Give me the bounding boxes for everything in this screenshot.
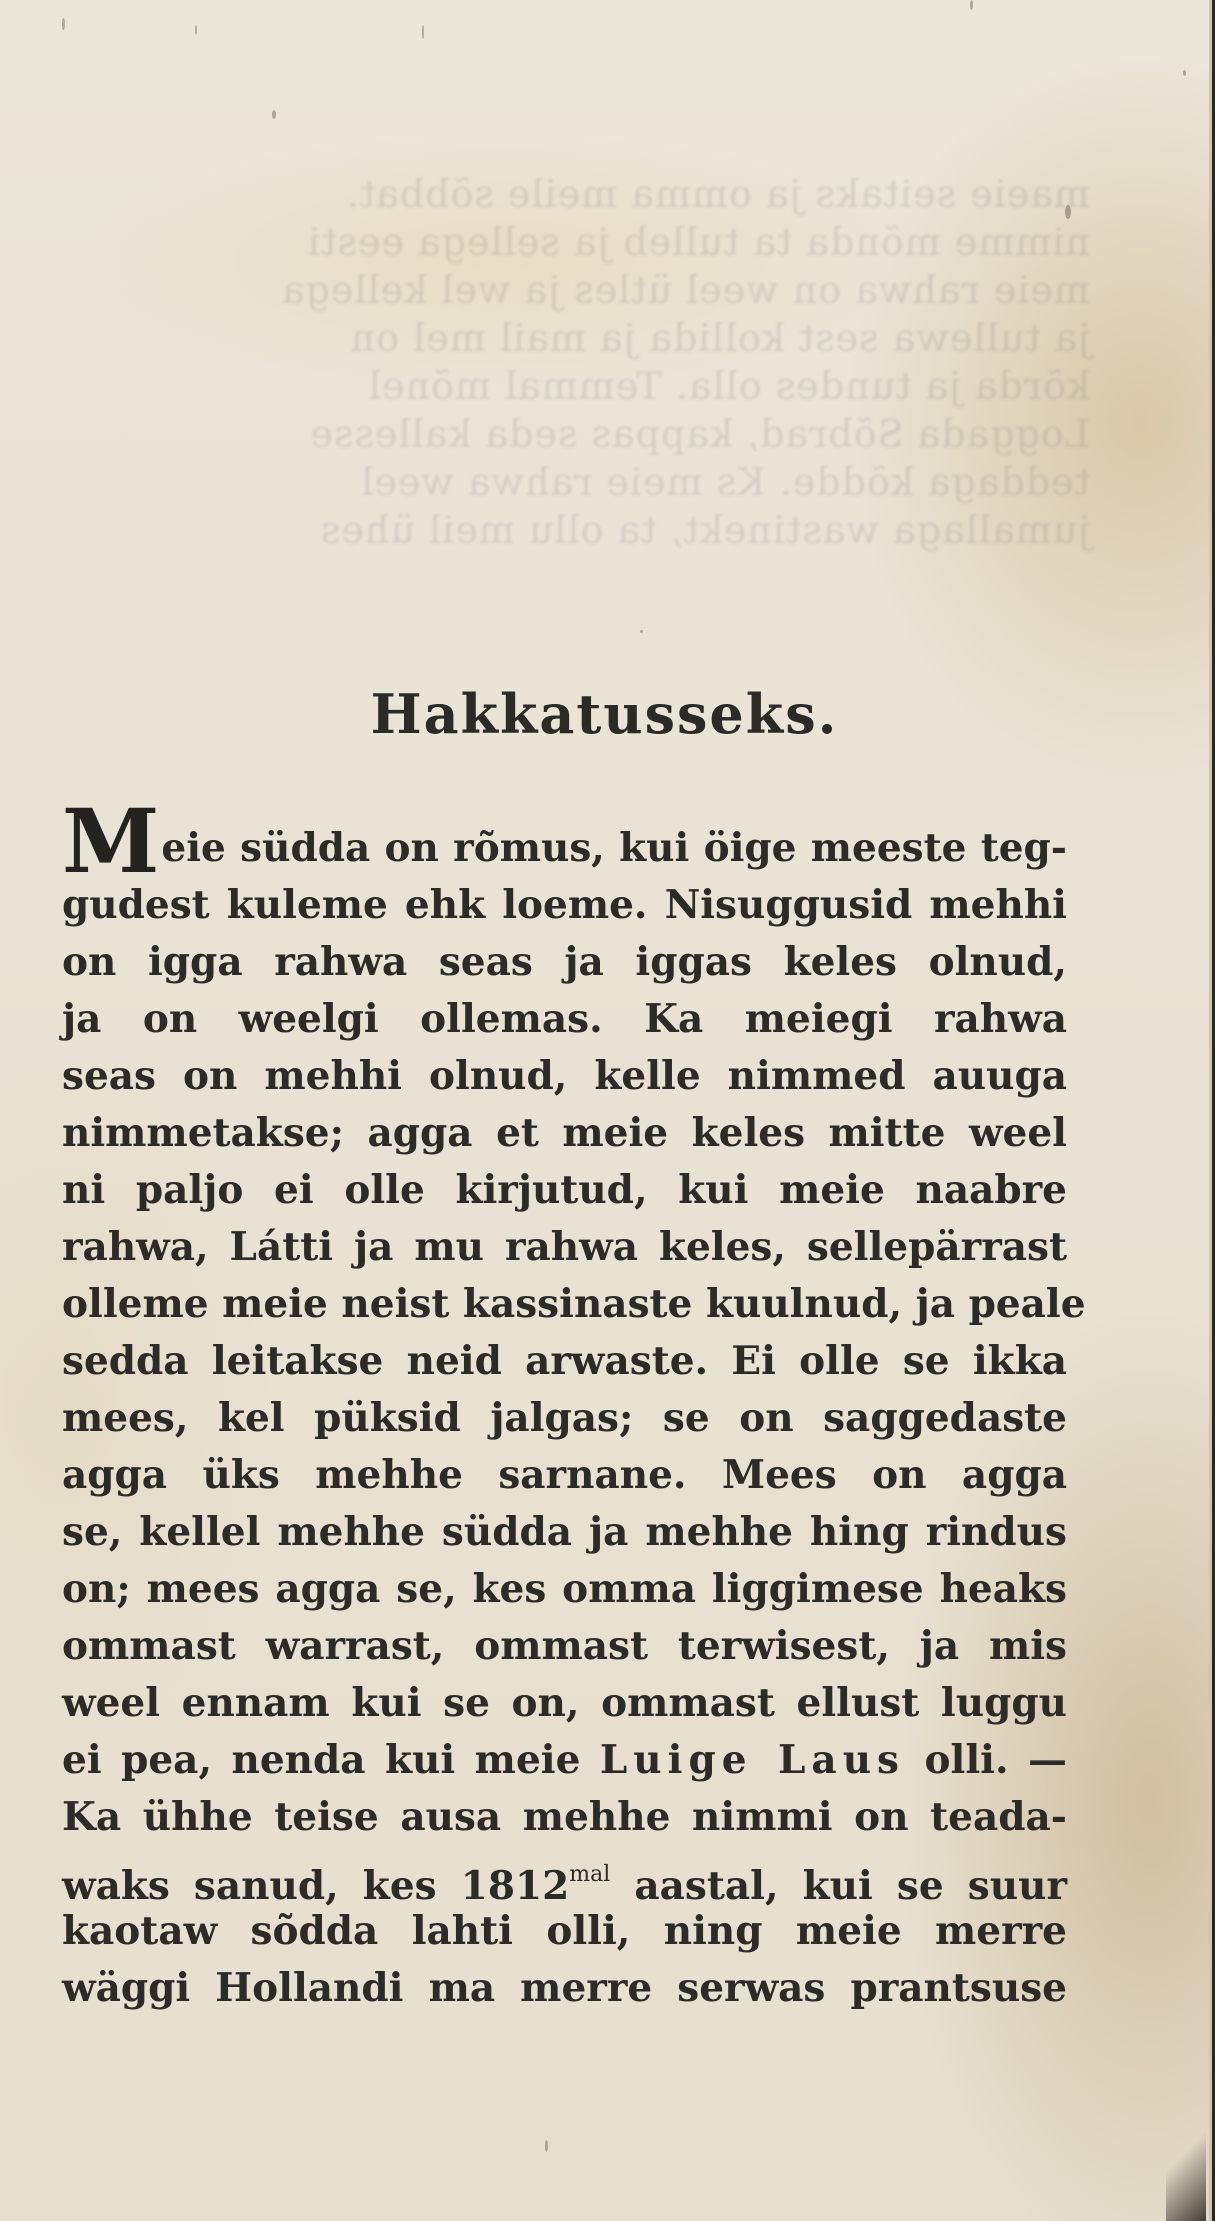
text-line-20: kaotaw sõdda lahti olli, ning meie merre (62, 1903, 1067, 1960)
text-line-15: ommast warrast, ommast terwisest, ja mis (62, 1618, 1067, 1675)
text-line-5: seas on mehhi olnud, kelle nimmed auuga (62, 1048, 1067, 1105)
text-line-10: sedda leitakse neid arwaste. Ei olle se … (62, 1333, 1067, 1390)
text-line-11: mees, kel püksid jalgas; se on saggedast… (62, 1390, 1067, 1447)
text-line-21: wäggi Hollandi ma merre serwas prantsuse (62, 1960, 1067, 2017)
text-line-9: olleme meie neist kassinaste kuulnud, ja… (62, 1276, 1067, 1333)
text-line-19: waks sanud, kes 1812mal aastal, kui se s… (62, 1846, 1067, 1903)
text-line-16: weel ennam kui se on, ommast ellust lugg… (62, 1675, 1067, 1732)
text-line-4: ja on weelgi ollemas. Ka meiegi rahwa (62, 991, 1067, 1048)
text-line-17-content: ei pea, nenda kui meie Luige Laus olli. … (62, 1732, 1067, 1789)
text-line-13: se, kellel mehhe südda ja mehhe hing rin… (62, 1504, 1067, 1561)
text-line-3: on igga rahwa seas ja iggas keles olnud, (62, 934, 1067, 991)
text-line-17: ei pea, nenda kui meie Luige Laus olli. … (62, 1732, 1067, 1789)
bleed-through-text: maeie seitaks ja omma meile sõbbat. nimm… (150, 170, 1090, 554)
text-line-12: agga üks mehhe sarnane. Mees on agga (62, 1447, 1067, 1504)
text-line-7: ni paljo ei olle kirjutud, kui meie naab… (62, 1162, 1067, 1219)
book-page: maeie seitaks ja omma meile sõbbat. nimm… (0, 0, 1212, 2221)
article-heading: Hakkatusseks. (0, 682, 1209, 746)
text-line-8: rahwa, Látti ja mu rahwa keles, sellepär… (62, 1219, 1067, 1276)
text-line-1: Meie südda on rõmus, kui öige meeste teg… (62, 820, 1067, 877)
article-body: Meie südda on rõmus, kui öige meeste teg… (62, 820, 1067, 2017)
text-line-2: gudest kuleme ehk loeme. Nisuggusid mehh… (62, 877, 1067, 934)
text-line-6: nimmetakse; agga et meie keles mitte wee… (62, 1105, 1067, 1162)
superscript-mal: mal (569, 1862, 610, 1887)
drop-cap: M (62, 806, 159, 876)
page-corner-shadow (1166, 2111, 1206, 2221)
text-line-18: Ka ühhe teise ausa mehhe nimmi on teada- (62, 1789, 1067, 1846)
spaced-name: Luige Laus (600, 1737, 905, 1783)
text-line-14: on; mees agga se, kes omma liggimese hea… (62, 1561, 1067, 1618)
